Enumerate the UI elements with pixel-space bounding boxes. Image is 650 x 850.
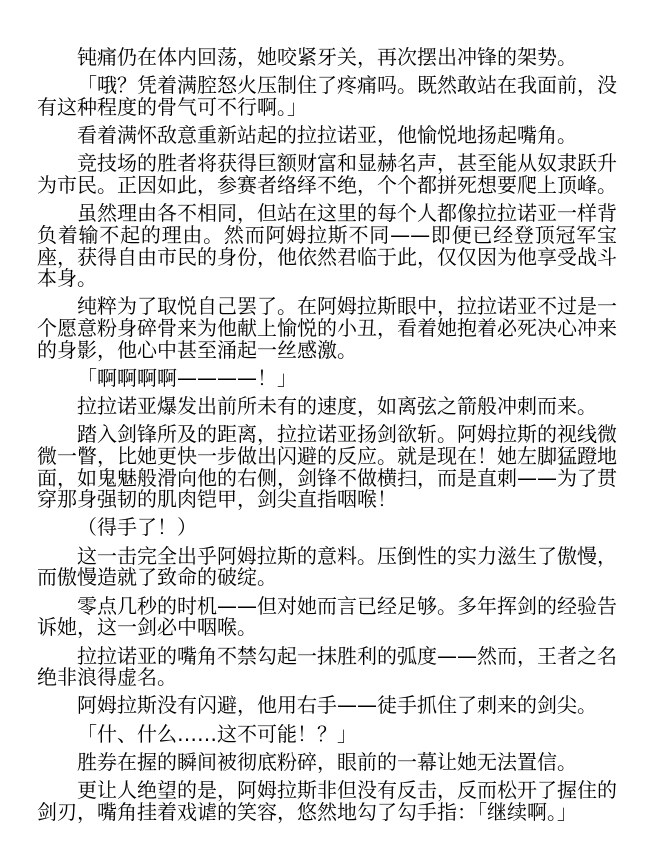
paragraph: 纯粹为了取悦自己罢了。在阿姆拉斯眼中，拉拉诺亚不过是一 个愿意粉身碎骨来为他献上… bbox=[37, 296, 617, 361]
paragraph: 胜券在握的瞬间被彻底粉碎，眼前的一幕让她无法置信。 bbox=[37, 752, 617, 774]
paragraph: 竞技场的胜者将获得巨额财富和显赫名声，甚至能从奴隶跃升 为市民。正因如此，参赛者… bbox=[37, 153, 617, 196]
text-line: 拉拉诺亚的嘴角不禁勾起一抹胜利的弧度——然而，王者之名 bbox=[37, 646, 617, 668]
text-line: 「什、什么……这不可能！？」 bbox=[37, 724, 617, 746]
paragraph: 这一击完全出乎阿姆拉斯的意料。压倒性的实力滋生了傲慢， 而傲慢造就了致命的破绽。 bbox=[37, 546, 617, 589]
text-line: 而傲慢造就了致命的破绽。 bbox=[37, 567, 617, 589]
text-line: 剑刃，嘴角挂着戏谑的笑容，悠然地勾了勾手指：「继续啊。」 bbox=[37, 802, 617, 824]
text-line: 负着输不起的理由。然而阿姆拉斯不同——即便已经登顶冠军宝 bbox=[37, 225, 617, 247]
paragraph: 「哦？凭着满腔怒火压制住了疼痛吗。既然敢站在我面前，没 有这种程度的骨气可不行啊… bbox=[37, 75, 617, 118]
text-line: 绝非浪得虚名。 bbox=[37, 667, 617, 689]
paragraph: 拉拉诺亚的嘴角不禁勾起一抹胜利的弧度——然而，王者之名 绝非浪得虚名。 bbox=[37, 646, 617, 689]
text-line: 诉她，这一剑必中咽喉。 bbox=[37, 617, 617, 639]
text-line: 更让人绝望的是，阿姆拉斯非但没有反击，反而松开了握住的 bbox=[37, 780, 617, 802]
paragraph: 钝痛仍在体内回荡，她咬紧牙关，再次摆出冲锋的架势。 bbox=[37, 47, 617, 69]
paragraph: 「什、什么……这不可能！？」 bbox=[37, 724, 617, 746]
text-line: 的身影，他心中甚至涌起一丝感激。 bbox=[37, 340, 617, 362]
text-line: 阿姆拉斯没有闪避，他用右手——徒手抓住了刺来的剑尖。 bbox=[37, 695, 617, 717]
text-line: 微一瞥，比她更快一步做出闪避的反应。就是现在！她左脚猛蹬地 bbox=[37, 446, 617, 468]
text-line: 「啊啊啊啊————！」 bbox=[37, 368, 617, 390]
text-line: 看着满怀敌意重新站起的拉拉诺亚，他愉悦地扬起嘴角。 bbox=[37, 125, 617, 147]
paragraph: 踏入剑锋所及的距离，拉拉诺亚扬剑欲斩。阿姆拉斯的视线微 微一瞥，比她更快一步做出… bbox=[37, 424, 617, 510]
text-line: 竞技场的胜者将获得巨额财富和显赫名声，甚至能从奴隶跃升 bbox=[37, 153, 617, 175]
text-line: 「哦？凭着满腔怒火压制住了疼痛吗。既然敢站在我面前，没 bbox=[37, 75, 617, 97]
text-line: 踏入剑锋所及的距离，拉拉诺亚扬剑欲斩。阿姆拉斯的视线微 bbox=[37, 424, 617, 446]
paragraph: 虽然理由各不相同，但站在这里的每个人都像拉拉诺亚一样背 负着输不起的理由。然而阿… bbox=[37, 203, 617, 289]
text-line: 为市民。正因如此，参赛者络绎不绝，个个都拼死想要爬上顶峰。 bbox=[37, 175, 617, 197]
text-line: 纯粹为了取悦自己罢了。在阿姆拉斯眼中，拉拉诺亚不过是一 bbox=[37, 296, 617, 318]
paragraph: 阿姆拉斯没有闪避，他用右手——徒手抓住了刺来的剑尖。 bbox=[37, 695, 617, 717]
text-line: 钝痛仍在体内回荡，她咬紧牙关，再次摆出冲锋的架势。 bbox=[37, 47, 617, 69]
text-line: 面，如鬼魅般滑向他的右侧，剑锋不做横扫，而是直刺——为了贯 bbox=[37, 468, 617, 490]
paragraph: 拉拉诺亚爆发出前所未有的速度，如离弦之箭般冲刺而来。 bbox=[37, 396, 617, 418]
paragraph: 「啊啊啊啊————！」 bbox=[37, 368, 617, 390]
text-line: 穿那身强韧的肌肉铠甲，剑尖直指咽喉！ bbox=[37, 489, 617, 511]
paragraph: 看着满怀敌意重新站起的拉拉诺亚，他愉悦地扬起嘴角。 bbox=[37, 125, 617, 147]
paragraph: 更让人绝望的是，阿姆拉斯非但没有反击，反而松开了握住的 剑刃，嘴角挂着戏谑的笑容… bbox=[37, 780, 617, 823]
text-line: 个愿意粉身碎骨来为他献上愉悦的小丑，看着她抱着必死决心冲来 bbox=[37, 318, 617, 340]
text-line: 这一击完全出乎阿姆拉斯的意料。压倒性的实力滋生了傲慢， bbox=[37, 546, 617, 568]
document-page: 钝痛仍在体内回荡，她咬紧牙关，再次摆出冲锋的架势。 「哦？凭着满腔怒火压制住了疼… bbox=[37, 47, 617, 830]
text-line: 胜券在握的瞬间被彻底粉碎，眼前的一幕让她无法置信。 bbox=[37, 752, 617, 774]
paragraph: 零点几秒的时机——但对她而言已经足够。多年挥剑的经验告 诉她，这一剑必中咽喉。 bbox=[37, 596, 617, 639]
text-line: 拉拉诺亚爆发出前所未有的速度，如离弦之箭般冲刺而来。 bbox=[37, 396, 617, 418]
text-line: 零点几秒的时机——但对她而言已经足够。多年挥剑的经验告 bbox=[37, 596, 617, 618]
text-line: 座，获得自由市民的身份，他依然君临于此，仅仅因为他享受战斗 bbox=[37, 247, 617, 269]
text-line: （得手了！） bbox=[37, 517, 617, 539]
text-line: 本身。 bbox=[37, 268, 617, 290]
paragraph: （得手了！） bbox=[37, 517, 617, 539]
text-line: 虽然理由各不相同，但站在这里的每个人都像拉拉诺亚一样背 bbox=[37, 203, 617, 225]
text-line: 有这种程度的骨气可不行啊。」 bbox=[37, 97, 617, 119]
